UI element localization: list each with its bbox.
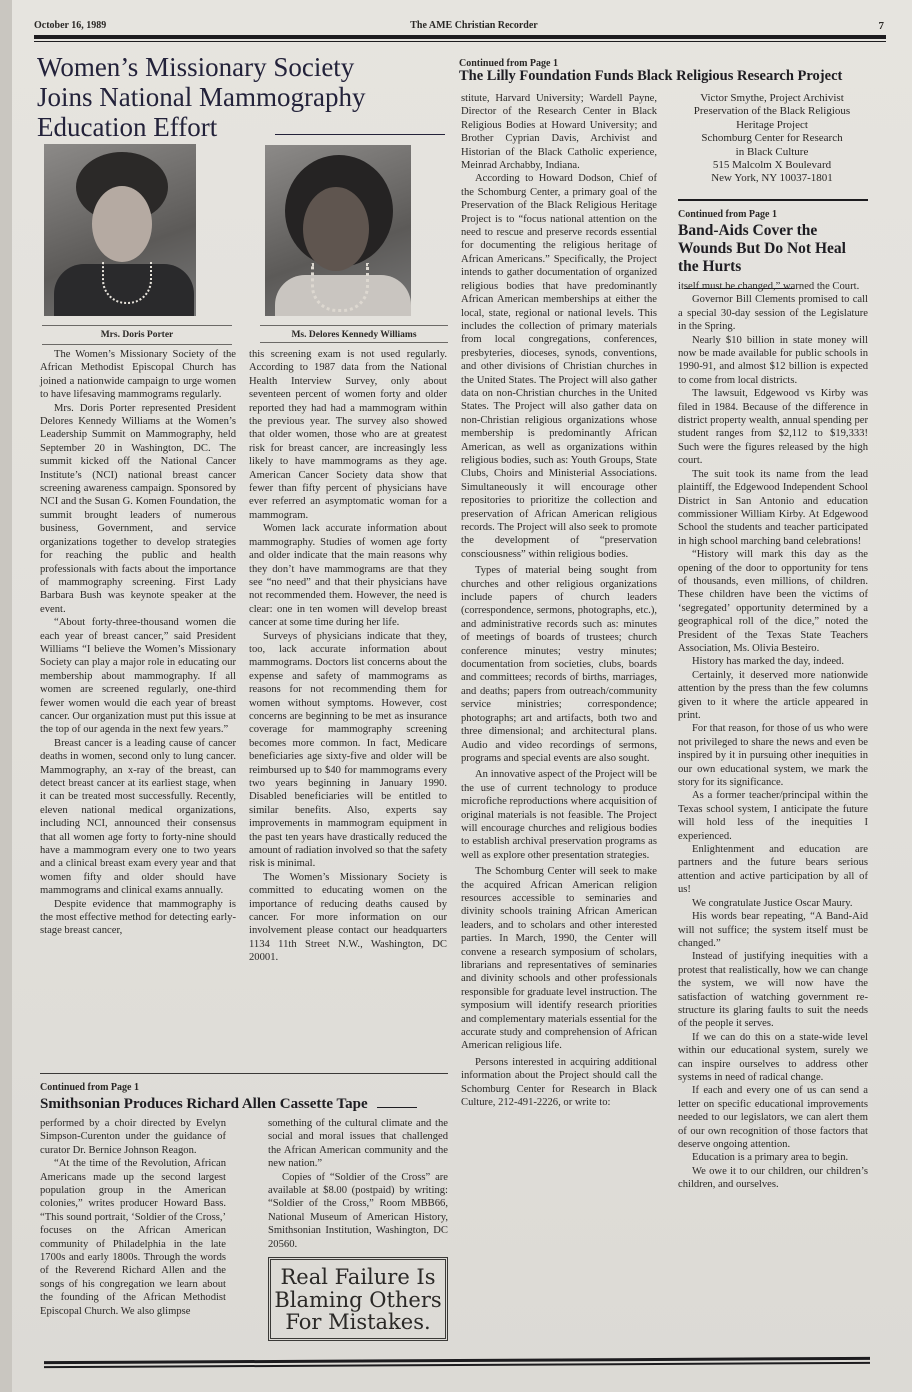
- publication-name: The AME Christian Recorder: [374, 20, 574, 31]
- paragraph: An innovative aspect of the Project will…: [461, 768, 657, 862]
- header-rule: [34, 35, 886, 39]
- page-number: 7: [879, 20, 885, 32]
- paragraph: Types of material being sought from chur…: [461, 564, 657, 765]
- smithsonian-headline: Smithsonian Produces Richard Allen Casse…: [40, 1096, 417, 1113]
- address-line: Victor Smythe, Project Archivist: [677, 92, 867, 105]
- page-header: October 16, 1989 The AME Christian Recor…: [34, 20, 894, 34]
- paragraph: His words bear repeating, “A Band-Aid wi…: [678, 910, 868, 950]
- paragraph: As a former teacher/principal within the…: [678, 789, 868, 843]
- paragraph: Surveys of physicians indicate that they…: [249, 630, 447, 871]
- address-line: Schomburg Center for Research: [677, 132, 867, 145]
- headline-line: Women’s Missionary Society: [37, 52, 457, 82]
- caption-rule: [260, 325, 448, 326]
- caption-rule: [42, 344, 232, 345]
- photo-delores-kennedy-williams: [265, 145, 411, 316]
- paragraph: If we can do this on a state-wide level …: [678, 1031, 868, 1085]
- smithsonian-kicker: Continued from Page 1: [40, 1082, 139, 1093]
- paragraph: stitute, Harvard University; Wardell Pay…: [461, 92, 657, 172]
- paragraph: We owe it to our children, our children’…: [678, 1165, 868, 1192]
- paragraph: History has marked the day, indeed.: [678, 655, 868, 668]
- headline-text: Smithsonian Produces Richard Allen Casse…: [40, 1096, 368, 1112]
- paragraph: Despite evidence that mammography is the…: [40, 898, 236, 938]
- paragraph: performed by a choir directed by Evelyn …: [40, 1117, 226, 1157]
- paragraph: The suit took its name from the lead pla…: [678, 468, 868, 548]
- paragraph: Breast cancer is a leading cause of canc…: [40, 737, 236, 898]
- paragraph: “At the time of the Revolution, African …: [40, 1157, 226, 1318]
- lilly-column-1: stitute, Harvard University; Wardell Pay…: [461, 92, 657, 1109]
- headline-text: the Hurts: [678, 258, 878, 276]
- paragraph: The lawsuit, Edgewood vs Kirby was filed…: [678, 387, 868, 467]
- paragraph: Governor Bill Clements promised to call …: [678, 293, 868, 333]
- address-line: 515 Malcolm X Boulevard: [677, 159, 867, 172]
- paragraph: Certainly, it deserved more nationwide a…: [678, 669, 868, 723]
- paragraph: We congratulate Justice Oscar Maury.: [678, 897, 868, 910]
- bandaid-kicker: Continued from Page 1: [678, 209, 777, 220]
- headline-line: Joins National Mammography: [37, 82, 457, 112]
- main-article-column-2: this screening exam is not used regularl…: [249, 348, 447, 965]
- headline-rule: [377, 1107, 417, 1108]
- main-headline: Women’s Missionary Society Joins Nationa…: [37, 52, 457, 142]
- caption-rule: [42, 325, 232, 326]
- headline-rule: [275, 134, 445, 135]
- headline-line: Band-Aids Cover the: [678, 222, 878, 240]
- paragraph: “History will mark this day as the openi…: [678, 548, 868, 655]
- newspaper-page: October 16, 1989 The AME Christian Recor…: [12, 0, 912, 1392]
- paragraph: Instead of justifying inequities with a …: [678, 950, 868, 1030]
- header-rule-thin: [34, 41, 886, 42]
- quote-line: Real Failure Is: [271, 1266, 445, 1289]
- quote-line: For Mistakes.: [271, 1311, 445, 1334]
- quote-box: Real Failure Is Blaming Others For Mista…: [268, 1257, 448, 1341]
- paragraph: The Women’s Missionary Society of the Af…: [40, 348, 236, 402]
- paragraph: Enlightenment and education are partners…: [678, 843, 868, 897]
- bandaid-column: itself must be changed,” warned the Cour…: [678, 280, 868, 1192]
- paragraph: “About forty-three-thousand women die ea…: [40, 616, 236, 737]
- paragraph: Persons interested in acquiring addition…: [461, 1056, 657, 1110]
- lilly-headline: The Lilly Foundation Funds Black Religio…: [459, 68, 842, 85]
- paragraph: For that reason, for those of us who wer…: [678, 722, 868, 789]
- main-article-column-1: The Women’s Missionary Society of the Af…: [40, 348, 236, 938]
- caption-rule: [260, 342, 448, 343]
- paragraph: The Schomburg Center will seek to make t…: [461, 865, 657, 1053]
- paragraph: something of the cultural climate and th…: [268, 1117, 448, 1171]
- paragraph: If each and every one of us can send a l…: [678, 1084, 868, 1151]
- headline-line: Wounds But Do Not Heal: [678, 240, 878, 258]
- schomburg-address: Victor Smythe, Project Archivist Preserv…: [677, 92, 867, 186]
- paragraph: Mrs. Doris Porter represented President …: [40, 402, 236, 617]
- paragraph: this screening exam is not used regularl…: [249, 348, 447, 522]
- headline-line: Education Effort: [37, 112, 457, 142]
- address-line: Preservation of the Black Religious: [677, 105, 867, 118]
- address-line: Heritage Project: [677, 119, 867, 132]
- photo-caption: Ms. Delores Kennedy Williams: [260, 330, 448, 340]
- smithsonian-column-1: performed by a choir directed by Evelyn …: [40, 1117, 226, 1318]
- paragraph: Nearly $10 billion in state money will n…: [678, 334, 868, 388]
- address-line: New York, NY 10037-1801: [677, 172, 867, 185]
- quote-line: Blaming Others: [271, 1289, 445, 1312]
- paragraph: The Women’s Missionary Society is commit…: [249, 871, 447, 965]
- section-divider: [678, 199, 868, 201]
- paragraph: Education is a primary area to begin.: [678, 1151, 868, 1164]
- address-line: in Black Culture: [677, 146, 867, 159]
- paragraph: According to Howard Dodson, Chief of the…: [461, 172, 657, 561]
- issue-date: October 16, 1989: [34, 20, 106, 31]
- photo-doris-porter: [44, 144, 196, 316]
- paragraph: itself must be changed,” warned the Cour…: [678, 280, 868, 293]
- section-divider: [40, 1073, 448, 1074]
- photo-caption: Mrs. Doris Porter: [42, 330, 232, 340]
- paragraph: Women lack accurate information about ma…: [249, 522, 447, 629]
- paragraph: Copies of “Soldier of the Cross” are ava…: [268, 1171, 448, 1251]
- smithsonian-column-2: something of the cultural climate and th…: [268, 1117, 448, 1251]
